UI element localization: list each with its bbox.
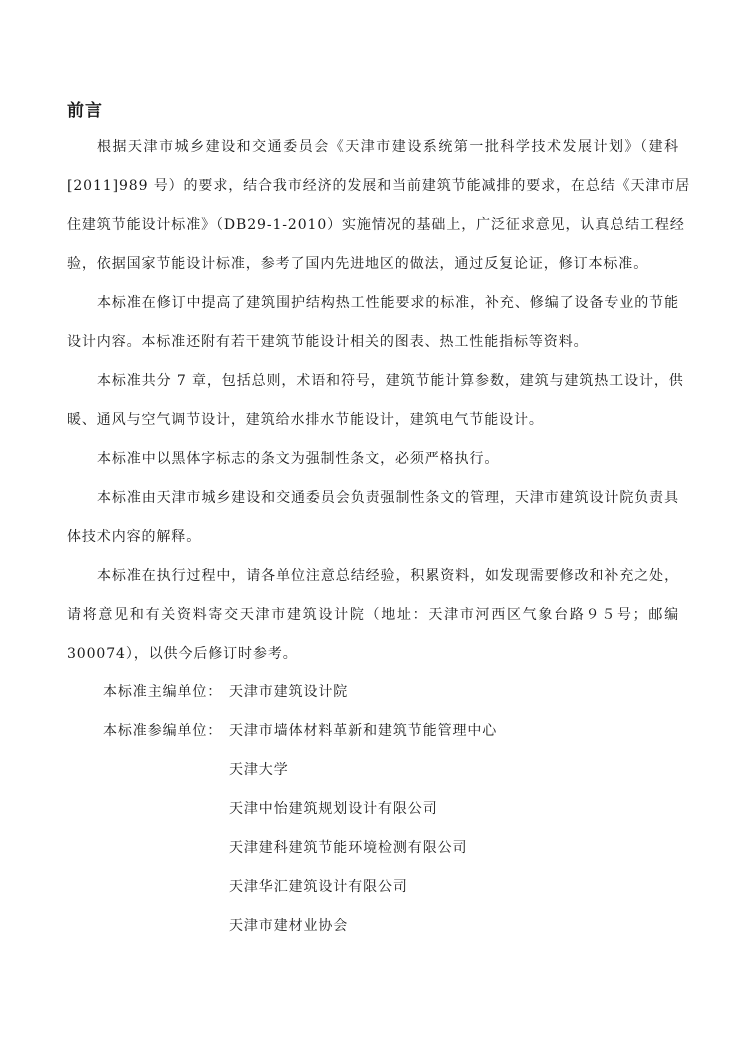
paragraph-5-line-2: 体技术内容的解释。 bbox=[67, 527, 679, 547]
participating-unit-1: 天津市墙体材料革新和建筑节能管理中心 bbox=[229, 721, 497, 741]
participating-unit-6: 天津市建材业协会 bbox=[229, 916, 348, 936]
participating-unit-label: 本标准参编单位： bbox=[103, 721, 222, 741]
participating-unit-4: 天津建科建筑节能环境检测有限公司 bbox=[229, 838, 467, 858]
participating-unit-5: 天津华汇建筑设计有限公司 bbox=[229, 877, 408, 897]
document-page: 前言 根据天津市城乡建设和交通委员会《天津市建设系统第一批科学技术发展计划》（建… bbox=[0, 0, 744, 1052]
page-title: 前言 bbox=[67, 96, 103, 121]
chief-unit-name: 天津市建筑设计院 bbox=[229, 682, 348, 702]
paragraph-4-line-1: 本标准中以黑体字标志的条文为强制性条文，必须严格执行。 bbox=[97, 449, 679, 469]
paragraph-6-line-3: 300074），以供今后修订时参考。 bbox=[67, 644, 679, 664]
paragraph-1-line-3: 住建筑节能设计标准》（DB29-1-2010）实施情况的基础上，广泛征求意见，认… bbox=[67, 215, 679, 235]
paragraph-1-line-1: 根据天津市城乡建设和交通委员会《天津市建设系统第一批科学技术发展计划》（建科 bbox=[97, 137, 679, 157]
participating-unit-2: 天津大学 bbox=[229, 760, 289, 780]
paragraph-3-line-1: 本标准共分 7 章，包括总则，术语和符号，建筑节能计算参数，建筑与建筑热工设计，… bbox=[97, 371, 679, 391]
paragraph-6-line-1: 本标准在执行过程中，请各单位注意总结经验，积累资料，如发现需要修改和补充之处， bbox=[97, 566, 679, 586]
paragraph-1-line-4: 验，依据国家节能设计标准，参考了国内先进地区的做法，通过反复论证，修订本标准。 bbox=[67, 254, 679, 274]
chief-unit-label: 本标准主编单位： bbox=[103, 682, 222, 702]
participating-unit-3: 天津中怡建筑规划设计有限公司 bbox=[229, 799, 438, 819]
paragraph-2-line-2: 设计内容。本标准还附有若干建筑节能设计相关的图表、热工性能指标等资料。 bbox=[67, 332, 679, 352]
paragraph-2-line-1: 本标准在修订中提高了建筑围护结构热工性能要求的标准，补充、修编了设备专业的节能 bbox=[97, 293, 679, 313]
paragraph-6-line-2: 请将意见和有关资料寄交天津市建筑设计院（地址：天津市河西区气象台路９５号；邮编 bbox=[67, 605, 679, 625]
paragraph-3-line-2: 暖、通风与空气调节设计，建筑给水排水节能设计，建筑电气节能设计。 bbox=[67, 410, 679, 430]
paragraph-5-line-1: 本标准由天津市城乡建设和交通委员会负责强制性条文的管理，天津市建筑设计院负责具 bbox=[97, 488, 679, 508]
paragraph-1-line-2: [2011]989 号）的要求，结合我市经济的发展和当前建筑节能减排的要求，在总… bbox=[67, 176, 679, 196]
